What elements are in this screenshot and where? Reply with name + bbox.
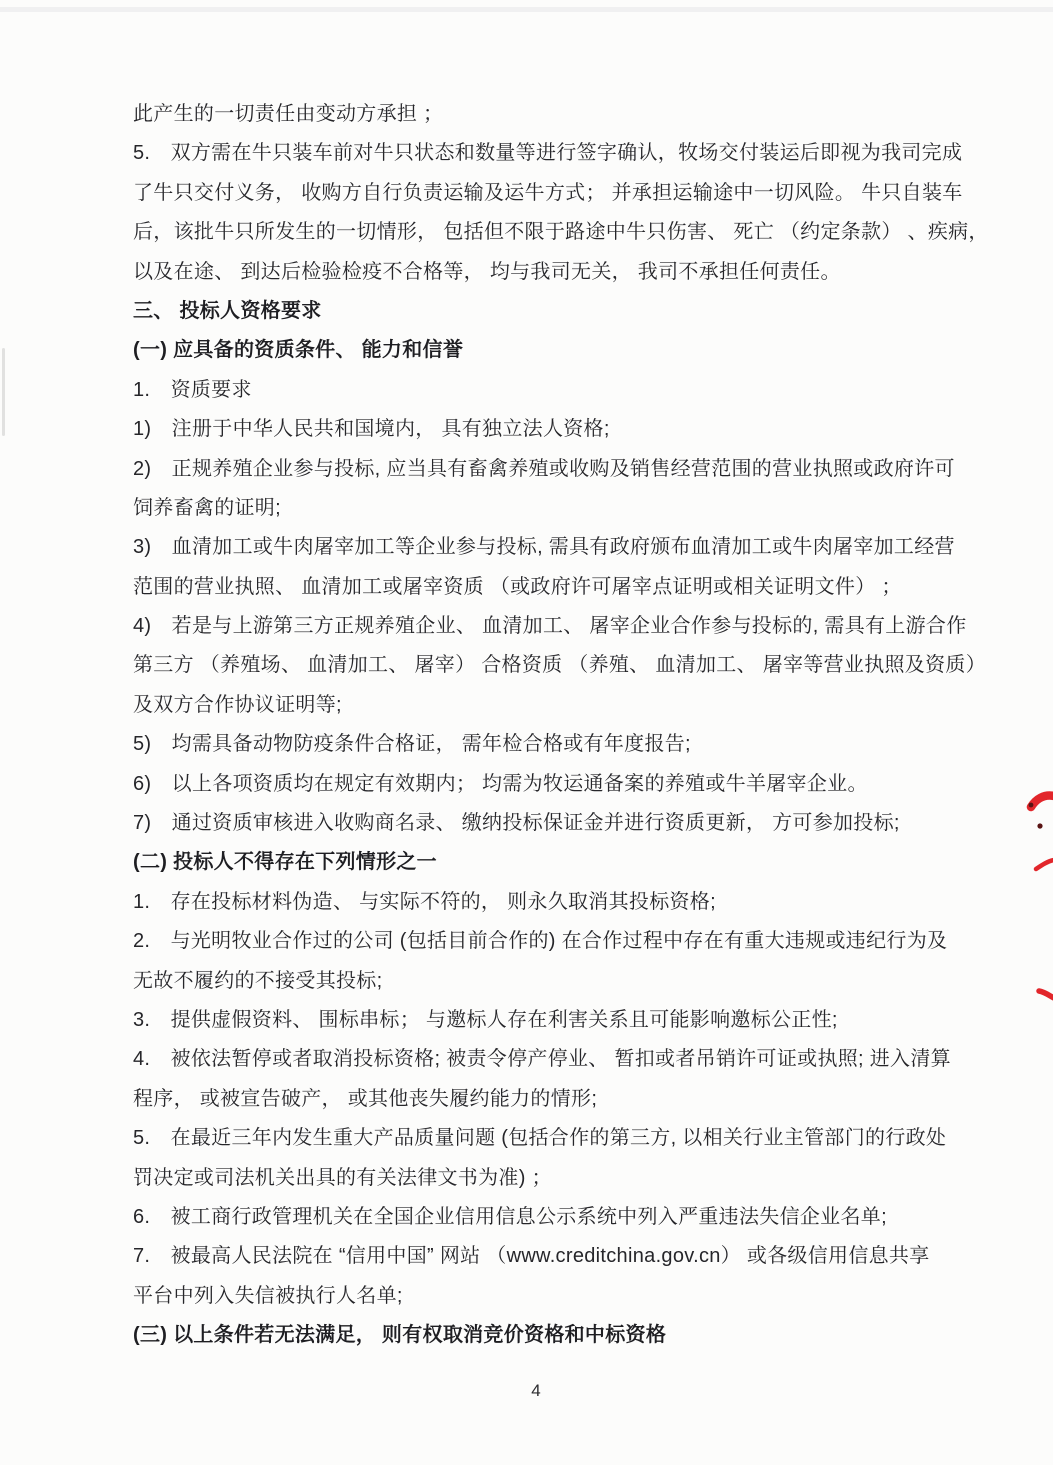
doc-line: 5. 在最近三年内发生重大产品质量问题 (包括合作的第三方, 以相关行业主管部门… xyxy=(133,1119,943,1158)
doc-line: 2. 与光明牧业合作过的公司 (包括目前合作的) 在合作过程中存在有重大违规或违… xyxy=(133,922,943,961)
doc-line: 1) 注册于中华人民共和国境内， 具有独立法人资格; xyxy=(133,410,943,449)
section-heading: (一) 应具备的资质条件、 能力和信誉 xyxy=(133,331,943,370)
red-ink-blob-icon xyxy=(1029,803,1034,808)
red-ink-marks xyxy=(1020,780,1053,1010)
doc-line: 了牛只交付义务， 收购方自行负责运输及运牛方式； 并承担运输途中一切风险。 牛只… xyxy=(133,174,943,213)
page-number: 4 xyxy=(133,1378,939,1404)
scan-left-artifact xyxy=(2,348,5,436)
doc-line: 平台中列入失信被执行人名单; xyxy=(133,1277,943,1316)
doc-line: 2) 正规养殖企业参与投标, 应当具有畜禽养殖或收购及销售经营范围的营业执照或政… xyxy=(133,450,943,489)
doc-line: 范围的营业执照、 血清加工或屠宰资质 （或政府许可屠宰点证明或相关证明文件） ； xyxy=(133,568,943,607)
doc-line: 4) 若是与上游第三方正规养殖企业、 血清加工、 屠宰企业合作参与投标的, 需具… xyxy=(133,607,943,646)
section-heading: (三) 以上条件若无法满足， 则有权取消竞价资格和中标资格 xyxy=(133,1316,943,1355)
doc-line: 程序， 或被宣告破产， 或其他丧失履约能力的情形; xyxy=(133,1080,943,1119)
red-ink-stroke-icon xyxy=(1039,991,1053,998)
section-heading: (二) 投标人不得存在下列情形之一 xyxy=(133,843,943,882)
red-ink-dot-icon xyxy=(1037,823,1042,828)
doc-line: 1. 资质要求 xyxy=(133,371,943,410)
doc-line: 无故不履约的不接受其投标; xyxy=(133,962,943,1001)
doc-line: 6) 以上各项资质均在规定有效期内； 均需为牧运通备案的养殖或牛羊屠宰企业。 xyxy=(133,765,943,804)
doc-line: 7. 被最高人民法院在 “信用中国” 网站 （www.creditchina.g… xyxy=(133,1237,943,1276)
scanned-document-page: { "document": { "page_number": "4", "lin… xyxy=(0,0,1053,1465)
red-ink-stroke-icon xyxy=(1031,796,1053,807)
document-lines: 此产生的一切责任由变动方承担 ；5. 双方需在牛只装车前对牛只状态和数量等进行签… xyxy=(133,95,943,1356)
doc-line: 5) 均需具备动物防疫条件合格证， 需年检合格或有年度报告; xyxy=(133,725,943,764)
doc-line: 此产生的一切责任由变动方承担 ； xyxy=(133,95,943,134)
doc-line: 以及在途、 到达后检验检疫不合格等， 均与我司无关， 我司不承担任何责任。 xyxy=(133,253,943,292)
doc-line: 6. 被工商行政管理机关在全国企业信用信息公示系统中列入严重违法失信企业名单; xyxy=(133,1198,943,1237)
doc-line: 1. 存在投标材料伪造、 与实际不符的， 则永久取消其投标资格; xyxy=(133,883,943,922)
doc-line: 饲养畜禽的证明; xyxy=(133,489,943,528)
red-ink-stroke-icon xyxy=(1036,860,1053,869)
doc-line: 及双方合作协议证明等; xyxy=(133,686,943,725)
doc-line: 罚决定或司法机关出具的有关法律文书为准) ； xyxy=(133,1159,943,1198)
doc-line: 后，该批牛只所发生的一切情形， 包括但不限于路途中牛只伤害、 死亡 （约定条款）… xyxy=(133,213,943,252)
doc-line: 7) 通过资质审核进入收购商名录、 缴纳投标保证金并进行资质更新， 方可参加投标… xyxy=(133,804,943,843)
scan-edge-artifact xyxy=(0,7,1053,12)
doc-line: 3) 血清加工或牛肉屠宰加工等企业参与投标, 需具有政府颁布血清加工或牛肉屠宰加… xyxy=(133,528,943,567)
doc-line: 4. 被依法暂停或者取消投标资格; 被责令停产停业、 暂扣或者吊销许可证或执照;… xyxy=(133,1040,943,1079)
doc-line: 3. 提供虚假资料、 围标串标； 与邀标人存在利害关系且可能影响邀标公正性; xyxy=(133,1001,943,1040)
doc-line: 5. 双方需在牛只装车前对牛只状态和数量等进行签字确认，牧场交付装运后即视为我司… xyxy=(133,134,943,173)
doc-line: 第三方 （养殖场、 血清加工、 屠宰） 合格资质 （养殖、 血清加工、 屠宰等营… xyxy=(133,646,943,685)
section-heading: 三、 投标人资格要求 xyxy=(133,292,943,331)
